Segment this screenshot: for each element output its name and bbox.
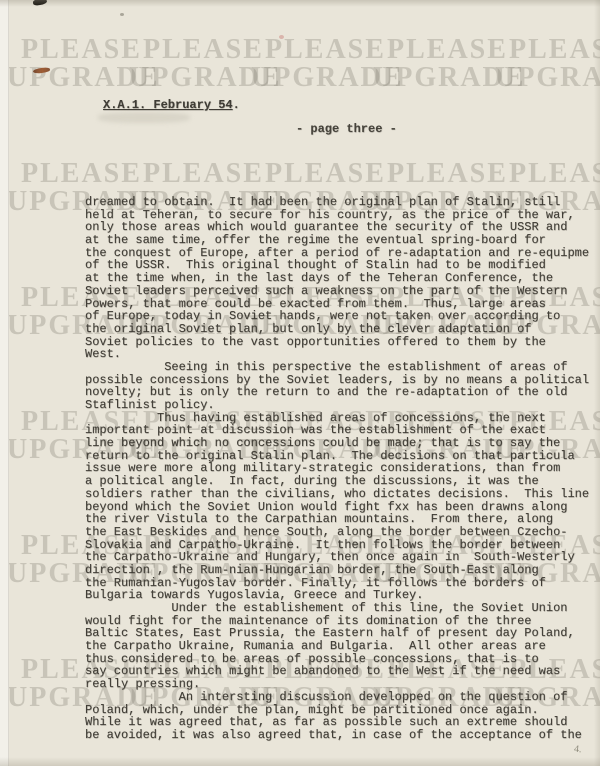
- watermark-word-please: PLEASE: [21, 34, 142, 66]
- document-reference: X.A.1. February 54.: [103, 98, 240, 112]
- document-body-text: dreamed to obtain. It had been the origi…: [85, 196, 589, 742]
- scan-artifact-rust-speck: [33, 67, 50, 74]
- scan-artifact-smudge: [98, 112, 190, 123]
- paper-edge-top: [0, 0, 600, 7]
- watermark-word-please: PLEASE: [143, 34, 264, 66]
- watermark-word-upgrade: UPGRADE: [495, 62, 600, 94]
- pencil-page-number: 4.: [573, 744, 582, 756]
- watermark-word-please: PLEASE: [265, 158, 386, 190]
- watermark-word-upgrade: UPGRADE: [129, 62, 281, 94]
- watermark-word-please: PLEASE: [143, 158, 264, 190]
- document-reference-text: X.A.1. February 54: [103, 98, 233, 112]
- watermark-word-upgrade: UPGRADE: [251, 62, 403, 94]
- watermark-word-please: PLEASE: [21, 158, 142, 190]
- watermark-word-please: PLEASE: [387, 34, 508, 66]
- watermark-word-upgrade: UPGRADE: [7, 62, 159, 94]
- paper-edge-left: [0, 0, 9, 766]
- scan-artifact-pink-speck: [279, 35, 284, 39]
- document-reference-period: .: [233, 98, 240, 112]
- page-number-heading: - page three -: [296, 122, 397, 136]
- scanned-document-page: PLEASEUPGRADEPLEASEUPGRADEPLEASEUPGRADEP…: [0, 0, 600, 766]
- paper-edge-right: [594, 0, 600, 766]
- watermark-word-upgrade: UPGRADE: [373, 62, 525, 94]
- scan-artifact-gray-dot: [120, 13, 124, 16]
- paper-edge-bottom: [0, 757, 600, 766]
- watermark-word-please: PLEASE: [509, 34, 600, 66]
- watermark-word-please: PLEASE: [387, 158, 508, 190]
- watermark-word-please: PLEASE: [265, 34, 386, 66]
- watermark-word-please: PLEASE: [509, 158, 600, 190]
